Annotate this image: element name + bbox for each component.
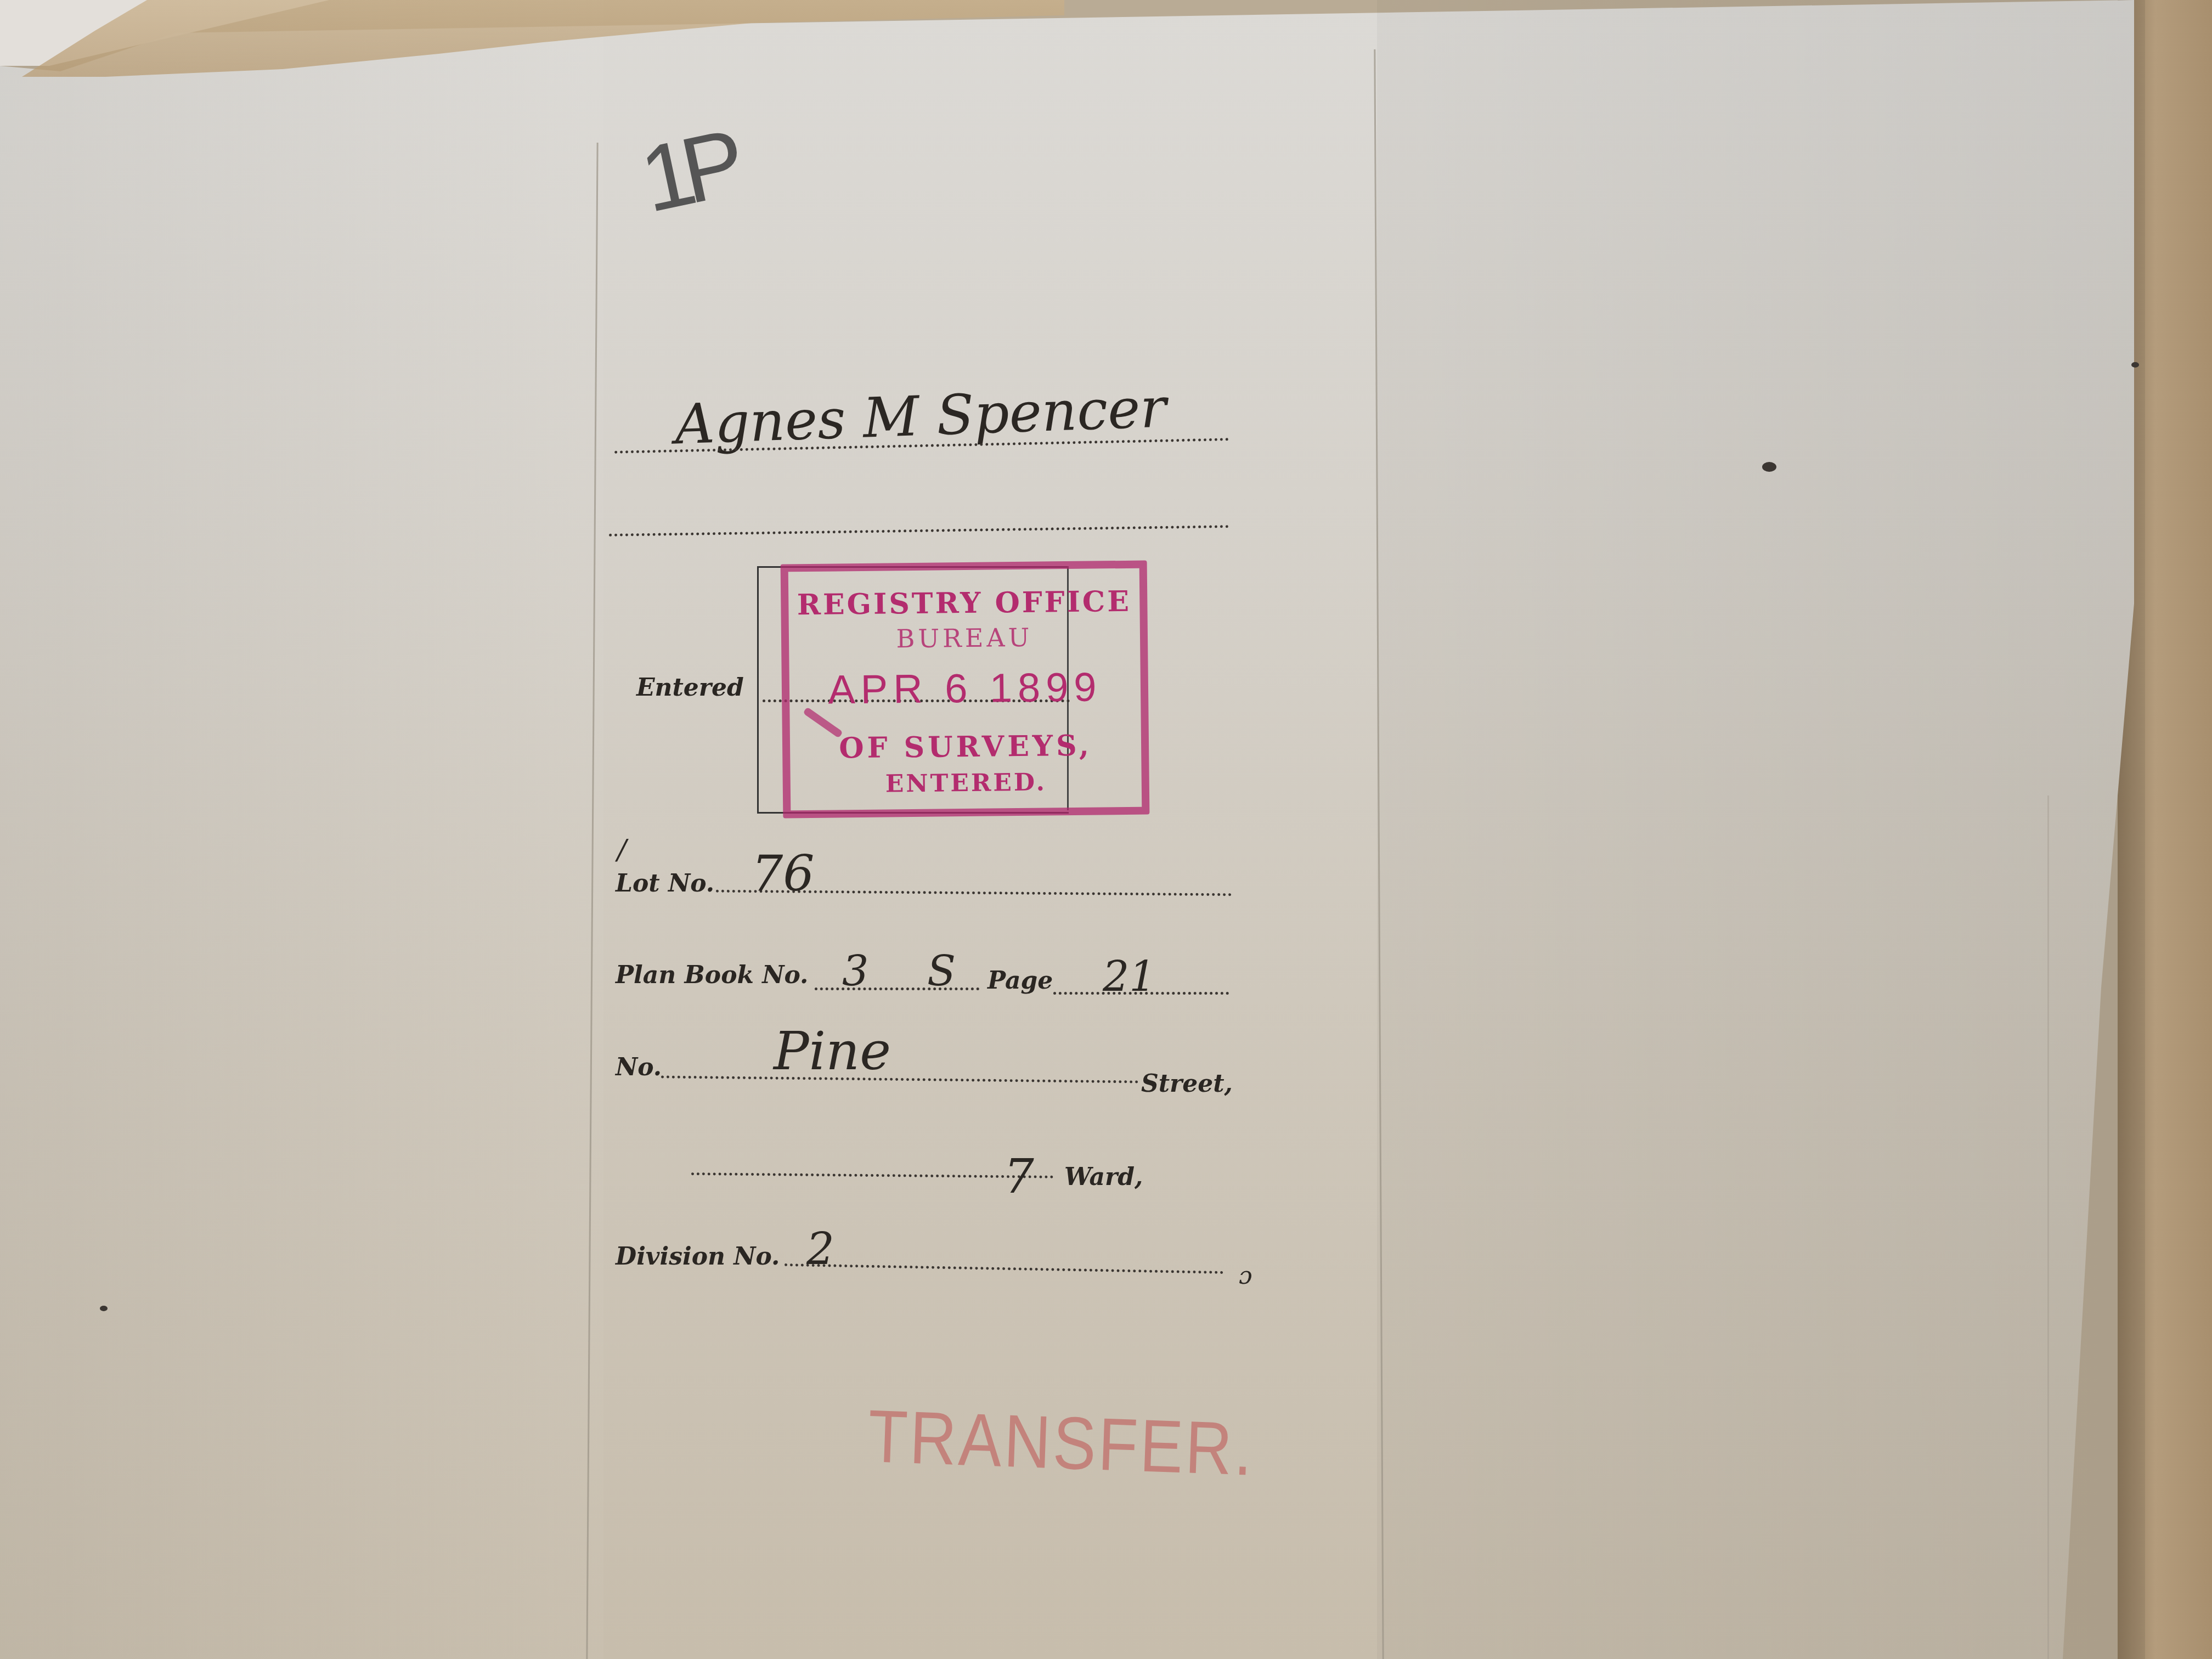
division-no-value: 2 bbox=[806, 1223, 834, 1274]
tick-mark: / bbox=[617, 834, 627, 866]
street-label: Street, bbox=[1141, 1070, 1233, 1098]
page-value: 21 bbox=[1103, 952, 1156, 1001]
page-label: Page bbox=[988, 967, 1053, 995]
street-no-label: No. bbox=[616, 1053, 662, 1081]
lot-no-label: Lot No. bbox=[616, 870, 714, 898]
registry-office-stamp: REGISTRY OFFICE BUREAU APR 6 1899 OF SUR… bbox=[781, 561, 1150, 819]
stamp-bureau: BUREAU bbox=[789, 622, 1141, 655]
ward-value: 7 bbox=[1004, 1149, 1034, 1204]
stamp-of-surveys: OF SURVEYS, bbox=[790, 729, 1142, 766]
plan-book-value-number: 3 bbox=[842, 946, 868, 995]
street-name-value: Pine bbox=[774, 1020, 891, 1082]
stamp-entered: ENTERED. bbox=[791, 768, 1142, 799]
division-no-label: Division No. bbox=[616, 1243, 780, 1271]
stamp-date: APR 6 1899 bbox=[789, 663, 1141, 714]
entered-label: Entered bbox=[636, 674, 744, 702]
plan-book-label: Plan Book No. bbox=[616, 961, 808, 989]
fold-line-outer bbox=[2047, 795, 2049, 1659]
paper-speck bbox=[100, 1306, 108, 1311]
stamp-registry-office: REGISTRY OFFICE bbox=[788, 585, 1140, 622]
lot-no-value: 76 bbox=[752, 845, 815, 902]
paper-speck bbox=[2131, 362, 2139, 368]
plan-book-value-letter: S bbox=[927, 946, 956, 995]
sheet-shading-right bbox=[1377, 0, 2145, 1659]
transfer-stamp: TRANSFER. bbox=[867, 1393, 1256, 1493]
division-trailing-mark: ɔ bbox=[1239, 1262, 1252, 1290]
paper-speck bbox=[1762, 462, 1776, 472]
ward-label: Ward, bbox=[1064, 1163, 1143, 1191]
sheet-shading-left bbox=[0, 0, 603, 1659]
